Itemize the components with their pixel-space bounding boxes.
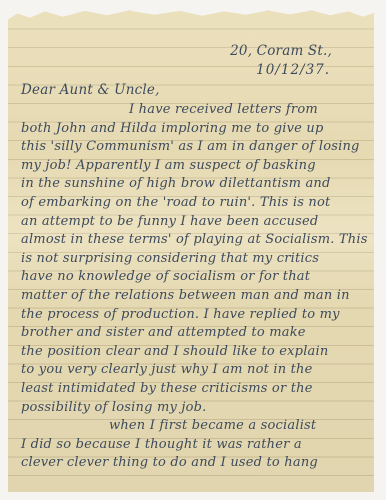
letterhead: 20, Coram St., 10/12/37. bbox=[230, 42, 332, 80]
salutation: Dear Aunt & Uncle, bbox=[21, 82, 160, 98]
letter-line: an attempt to be funny I have been accus… bbox=[21, 213, 370, 232]
letter-line: my job! Apparently I am suspect of baski… bbox=[21, 157, 370, 176]
letter-line: the process of production. I have replie… bbox=[21, 306, 370, 325]
letter-line: of embarking on the 'road to ruin'. This… bbox=[21, 194, 370, 213]
letter-body: I have received letters from both John a… bbox=[21, 101, 370, 473]
letter-line: when I first became a socialist bbox=[21, 417, 370, 436]
letter-line: I did so because I thought it was rather… bbox=[21, 436, 370, 455]
letter-line: I have received letters from bbox=[21, 101, 370, 120]
letter-line: the position clear and I should like to … bbox=[21, 343, 370, 362]
letter-line: clever clever thing to do and I used to … bbox=[21, 454, 370, 473]
letter-line: brother and sister and attempted to make bbox=[21, 324, 370, 343]
letter-line: almost in these terms' of playing at Soc… bbox=[21, 231, 370, 250]
letter-line: is not surprising considering that my cr… bbox=[21, 250, 370, 269]
letter-line: both John and Hilda imploring me to give… bbox=[21, 120, 370, 139]
letter-line: have no knowledge of socialism or for th… bbox=[21, 268, 370, 287]
letter-line: this 'silly Communism' as I am in danger… bbox=[21, 138, 370, 157]
letter-line: least intimidated by these criticisms or… bbox=[21, 380, 370, 399]
address-line: 20, Coram St., bbox=[230, 42, 332, 61]
letter-line: matter of the relations between man and … bbox=[21, 287, 370, 306]
letter-line: possibility of losing my job. bbox=[21, 399, 370, 418]
letter-line: to you very clearly just why I am not in… bbox=[21, 361, 370, 380]
letter-paper: 20, Coram St., 10/12/37. Dear Aunt & Unc… bbox=[8, 9, 374, 492]
letter-scan: 20, Coram St., 10/12/37. Dear Aunt & Unc… bbox=[0, 0, 386, 500]
date-line: 10/12/37. bbox=[256, 61, 332, 80]
letter-line: in the sunshine of high brow dilettantis… bbox=[21, 175, 370, 194]
